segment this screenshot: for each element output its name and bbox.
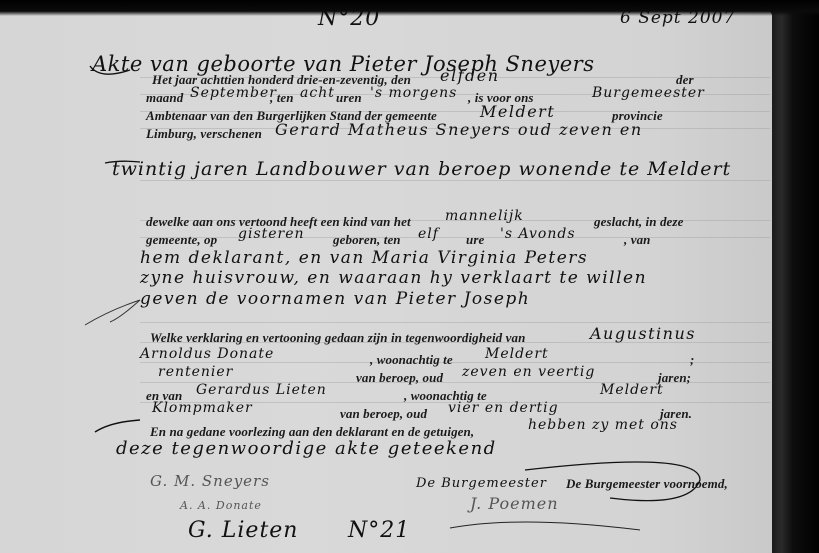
pen-flourish-icon — [0, 10, 772, 553]
scan-top-edge — [0, 0, 819, 16]
register-page: N°20 6 Sept 2007 Akte van geboorte van P… — [0, 10, 772, 553]
book-binding — [772, 0, 819, 553]
